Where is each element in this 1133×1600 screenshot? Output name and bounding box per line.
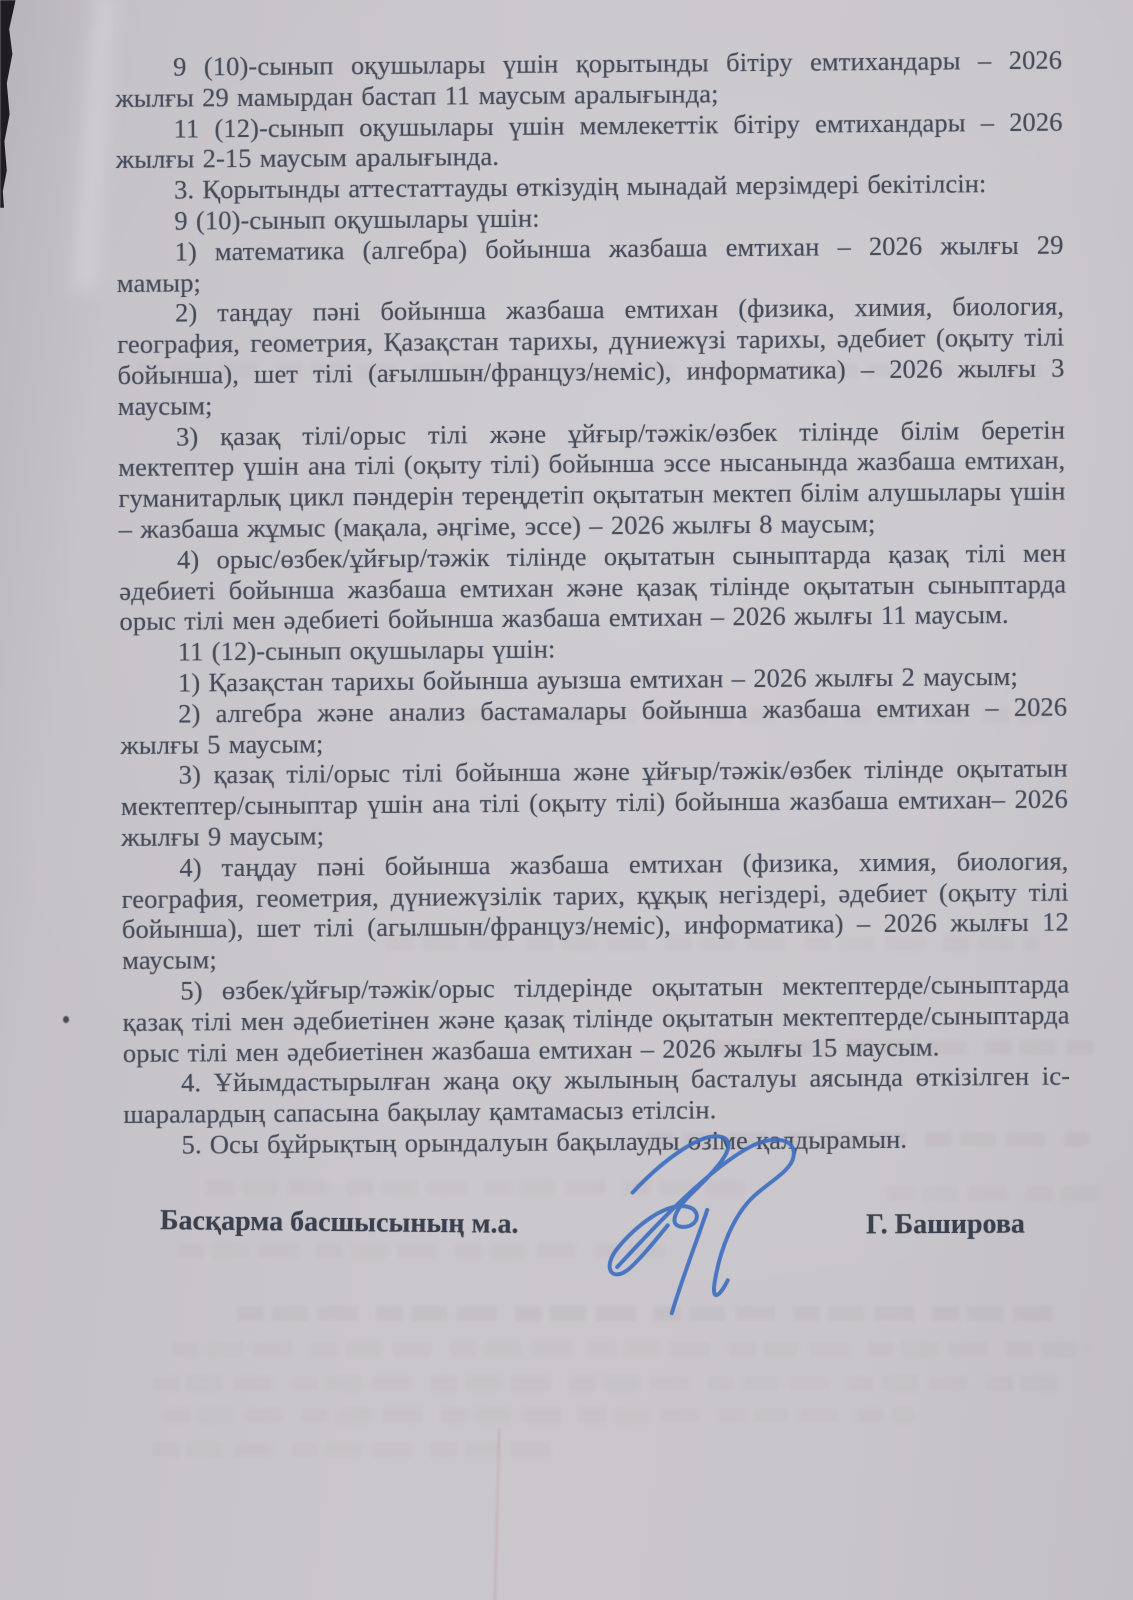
document-paragraph: 9 (10)-сынып оқушылары үшін қорытынды бі… (115, 45, 1062, 114)
document-paragraph: 5) өзбек/ұйғыр/тәжік/орыс тілдерінде оқы… (122, 968, 1070, 1068)
bleedthrough-line (155, 1408, 915, 1423)
document-paragraph: 1) математика (алгебра) бойынша жазбаша … (116, 229, 1063, 298)
ink-speck (63, 1016, 69, 1023)
document-paragraph: 2) алгебра және анализ бастамалары бойын… (120, 691, 1067, 760)
document-paragraph: 4) таңдау пәні бойынша жазбаша емтихан (… (121, 845, 1069, 976)
document-paragraph: 4) орыс/өзбек/ұйғыр/тәжік тілінде оқытат… (119, 537, 1067, 637)
bleedthrough-line (145, 1376, 1060, 1391)
signer-name: Г. Баширова (866, 1208, 1025, 1243)
scanned-page: 9 (10)-сынып оқушылары үшін қорытынды бі… (0, 0, 1133, 1600)
scan-edge-artifact (0, 0, 20, 208)
document-paragraph: 2) таңдау пәні бойынша жазбаша емтихан (… (117, 291, 1065, 422)
document-paragraph: 3) қазақ тілі/орыс тілі және ұйғыр/тәжік… (118, 414, 1066, 545)
signer-title: Басқарма басшысының м.а. (160, 1204, 519, 1242)
handwritten-signature-icon (552, 1107, 860, 1357)
bleedthrough-line (880, 1186, 1100, 1201)
bleedthrough-line (145, 1442, 565, 1457)
paper-fold-highlight (74, 0, 117, 290)
document-paragraph: 3) қазақ тілі/орыс тілі бойынша және ұйғ… (121, 753, 1069, 853)
document-paragraph: 11 (12)-сынып оқушылары үшін мемлекеттік… (115, 106, 1062, 175)
document-body: 9 (10)-сынып оқушылары үшін қорытынды бі… (115, 45, 1071, 1161)
